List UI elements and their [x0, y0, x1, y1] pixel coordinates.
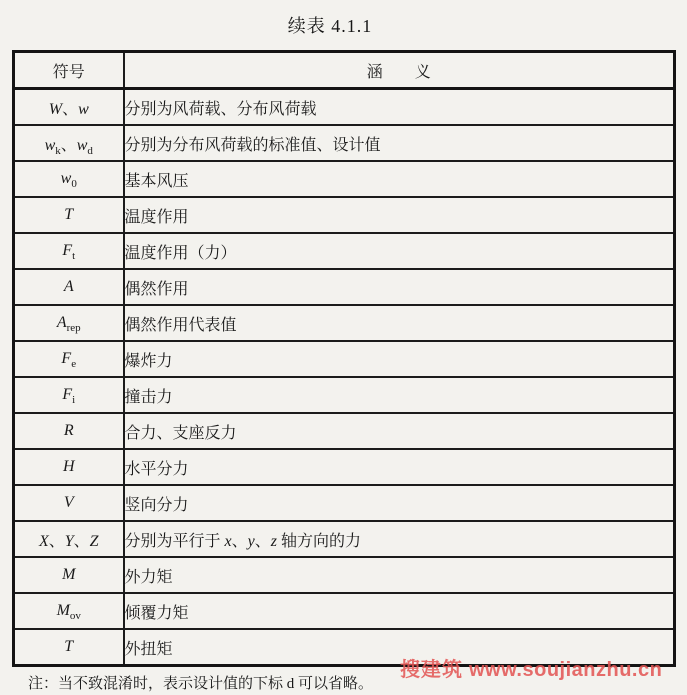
symbol-cell: V — [14, 485, 124, 521]
meaning-cell: 外扭矩 — [124, 629, 675, 666]
header-symbol: 符号 — [14, 52, 124, 89]
symbol-cell: W、w — [14, 89, 124, 126]
footnote: 注：当不致混淆时，表示设计值的下标 d 可以省略。 — [28, 672, 373, 693]
table-row: Fi撞击力 — [14, 377, 675, 413]
meaning-cell: 合力、支座反力 — [124, 413, 675, 449]
symbol-cell: X、Y、Z — [14, 521, 124, 557]
symbol-cell: M — [14, 557, 124, 593]
table-row: Arep偶然作用代表值 — [14, 305, 675, 341]
meaning-cell: 分别为分布风荷载的标准值、设计值 — [124, 125, 675, 161]
meaning-cell: 温度作用（力） — [124, 233, 675, 269]
symbol-cell: w0 — [14, 161, 124, 197]
symbol-cell: Fe — [14, 341, 124, 377]
table-row: M外力矩 — [14, 557, 675, 593]
table-row: w0基本风压 — [14, 161, 675, 197]
symbol-cell: Ft — [14, 233, 124, 269]
table-row: A偶然作用 — [14, 269, 675, 305]
table-row: W、w分别为风荷载、分布风荷载 — [14, 89, 675, 126]
meaning-cell: 偶然作用代表值 — [124, 305, 675, 341]
symbol-cell: wk、wd — [14, 125, 124, 161]
meaning-cell: 基本风压 — [124, 161, 675, 197]
meaning-cell: 竖向分力 — [124, 485, 675, 521]
table-body: W、w分别为风荷载、分布风荷载wk、wd分别为分布风荷载的标准值、设计值w0基本… — [14, 89, 675, 666]
symbol-cell: H — [14, 449, 124, 485]
meaning-cell: 温度作用 — [124, 197, 675, 233]
table-row: Ft温度作用（力） — [14, 233, 675, 269]
symbol-cell: T — [14, 629, 124, 666]
document-page: 续表 4.1.1 符号 涵 义 W、w分别为风荷载、分布风荷载wk、wd分别为分… — [0, 0, 687, 695]
table-row: Fe爆炸力 — [14, 341, 675, 377]
table-row: V竖向分力 — [14, 485, 675, 521]
symbol-cell: R — [14, 413, 124, 449]
table-row: T外扭矩 — [14, 629, 675, 666]
meaning-cell: 撞击力 — [124, 377, 675, 413]
meaning-cell: 倾覆力矩 — [124, 593, 675, 629]
table-row: R合力、支座反力 — [14, 413, 675, 449]
meaning-cell: 偶然作用 — [124, 269, 675, 305]
header-meaning: 涵 义 — [124, 52, 675, 89]
symbol-cell: Mov — [14, 593, 124, 629]
symbol-cell: T — [14, 197, 124, 233]
table-title: 续表 4.1.1 — [0, 12, 660, 38]
meaning-cell: 水平分力 — [124, 449, 675, 485]
symbols-table: 符号 涵 义 W、w分别为风荷载、分布风荷载wk、wd分别为分布风荷载的标准值、… — [12, 50, 676, 667]
table-row: Mov倾覆力矩 — [14, 593, 675, 629]
table-row: wk、wd分别为分布风荷载的标准值、设计值 — [14, 125, 675, 161]
symbol-cell: Fi — [14, 377, 124, 413]
symbol-cell: Arep — [14, 305, 124, 341]
table-row: H水平分力 — [14, 449, 675, 485]
table-header: 符号 涵 义 — [14, 52, 675, 89]
meaning-cell: 分别为风荷载、分布风荷载 — [124, 89, 675, 126]
header-row: 符号 涵 义 — [14, 52, 675, 89]
table-row: X、Y、Z分别为平行于 x、y、z 轴方向的力 — [14, 521, 675, 557]
symbol-cell: A — [14, 269, 124, 305]
meaning-cell: 分别为平行于 x、y、z 轴方向的力 — [124, 521, 675, 557]
table-row: T温度作用 — [14, 197, 675, 233]
meaning-cell: 外力矩 — [124, 557, 675, 593]
meaning-cell: 爆炸力 — [124, 341, 675, 377]
